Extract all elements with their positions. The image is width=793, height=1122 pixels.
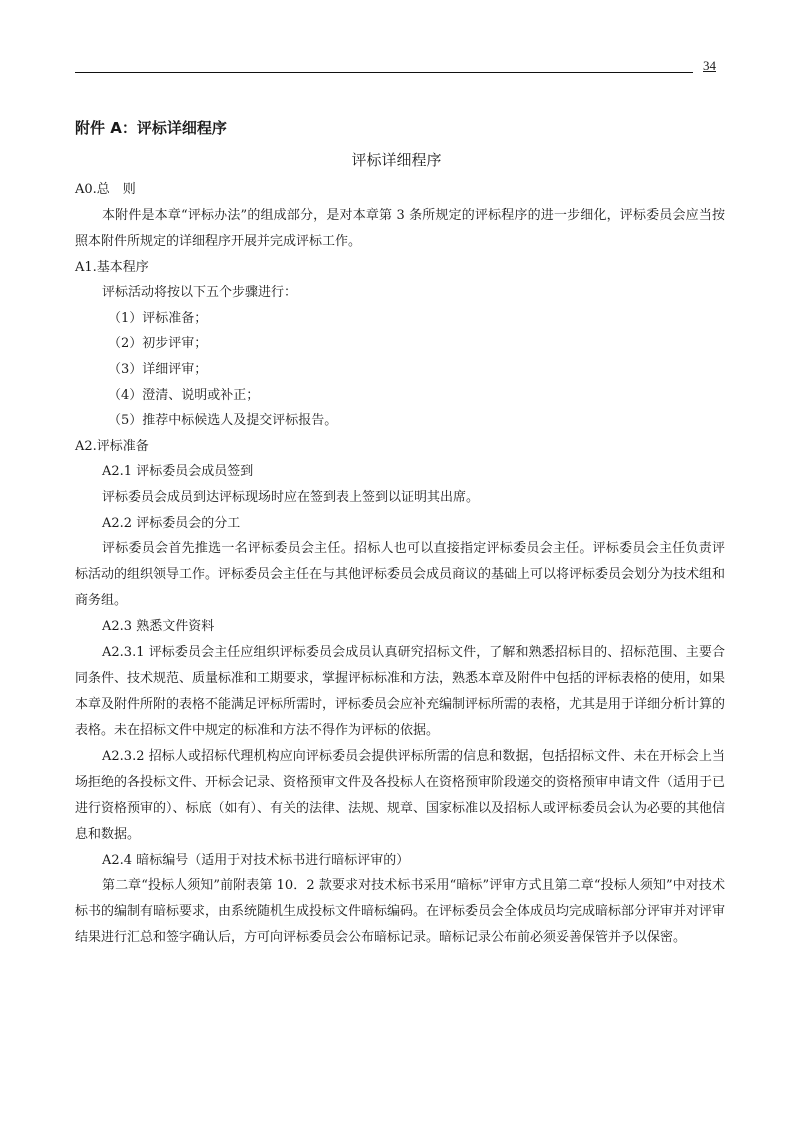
a1-intro: 评标活动将按以下五个步骤进行： <box>75 280 725 306</box>
subsection-heading-a2-4: A2.4 暗标编号（适用于对技术标书进行暗标评审的） <box>75 848 725 874</box>
section-heading-a1: A1.基本程序 <box>75 255 725 281</box>
subsection-heading-a2-1: A2.1 评标委员会成员签到 <box>75 459 725 485</box>
paragraph-a2-4: 第二章“投标人须知”前附表第 10．2 款要求对技术标书采用“暗标”评审方式且第… <box>75 873 725 951</box>
list-item-step-3: （3）详细评审； <box>75 357 725 383</box>
list-item-step-1: （1）评标准备； <box>75 306 725 332</box>
list-item-step-4: （4）澄清、说明或补正； <box>75 383 725 409</box>
section-heading-a0: A0.总 则 <box>75 177 725 203</box>
list-item-step-2: （2）初步评审； <box>75 331 725 357</box>
subsection-heading-a2-2: A2.2 评标委员会的分工 <box>75 511 725 537</box>
document-body: A0.总 则 本附件是本章“评标办法”的组成部分，是对本章第 3 条所规定的评标… <box>75 177 725 951</box>
paragraph-a2-2: 评标委员会首先推选一名评标委员会主任。招标人也可以直接指定评标委员会主任。评标委… <box>75 536 725 614</box>
paragraph-a2-1: 评标委员会成员到达评标现场时应在签到表上签到以证明其出席。 <box>75 485 725 511</box>
list-item-step-5: （5）推荐中标候选人及提交评标报告。 <box>75 408 725 434</box>
section-heading-a2: A2.评标准备 <box>75 434 725 460</box>
document-title: 评标详细程序 <box>0 149 793 170</box>
subsection-heading-a2-3: A2.3 熟悉文件资料 <box>75 614 725 640</box>
paragraph-a2-3-2: A2.3.2 招标人或招标代理机构应向评标委员会提供评标所需的信息和数据，包括招… <box>75 744 725 848</box>
header-rule <box>75 72 693 73</box>
paragraph-a2-3-1: A2.3.1 评标委员会主任应组织评标委员会成员认真研究招标文件，了解和熟悉招标… <box>75 640 725 744</box>
page-number: 34 <box>703 58 716 74</box>
paragraph-a0: 本附件是本章“评标办法”的组成部分，是对本章第 3 条所规定的评标程序的进一步细… <box>75 203 725 255</box>
annex-title: 附件 A：评标详细程序 <box>75 117 227 138</box>
